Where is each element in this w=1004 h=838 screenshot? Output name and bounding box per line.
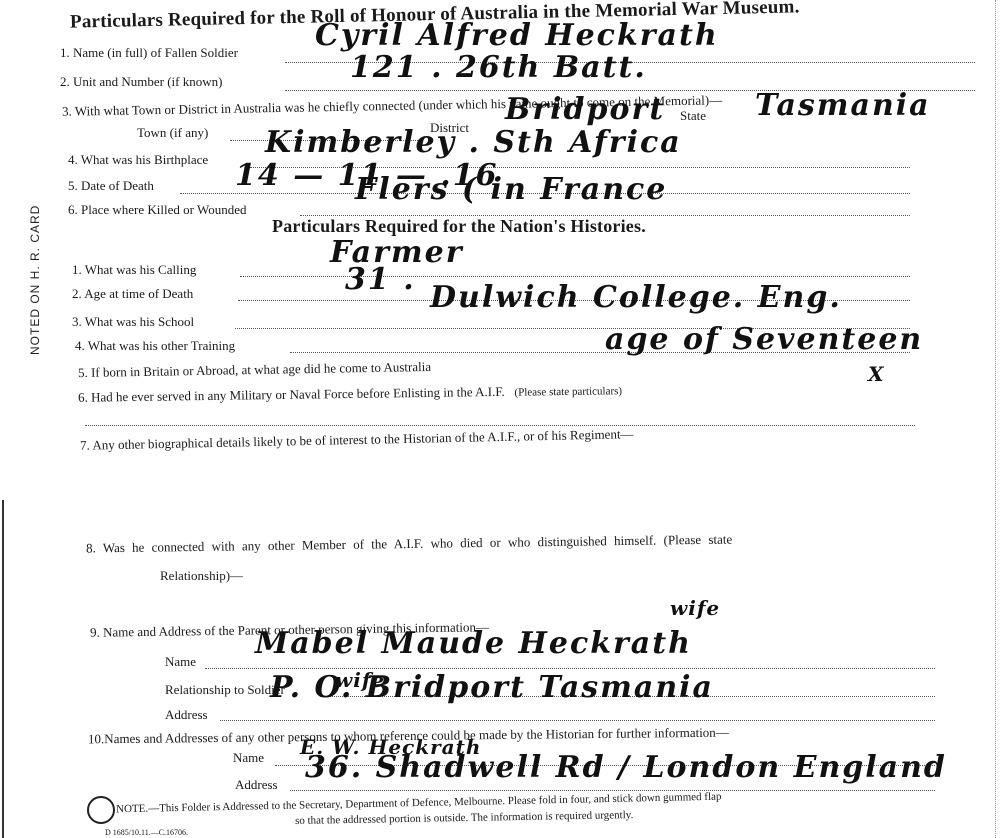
punch-hole-icon bbox=[87, 796, 115, 824]
history-1-label: 1. What was his Calling bbox=[72, 262, 196, 278]
other-address-label: Address bbox=[235, 777, 278, 793]
other-name-label: Name bbox=[233, 750, 264, 766]
field-6-label: 6. Place where Killed or Wounded bbox=[68, 202, 247, 218]
field-6-value: Flers ( in France bbox=[355, 172, 667, 207]
informant-annotation: wife bbox=[670, 596, 720, 620]
field-4-value: Kimberley . Sth Africa bbox=[265, 125, 682, 160]
history-5-label: 5. If born in Britain or Abroad, at what… bbox=[78, 359, 431, 381]
history-8-label: 8. Was he connected with any other Membe… bbox=[86, 531, 732, 556]
history-2-value: 31 . bbox=[345, 262, 416, 297]
state-value: Tasmania bbox=[755, 88, 931, 123]
history-5-value: age of Seventeen bbox=[605, 322, 923, 357]
history-6-value: X bbox=[868, 362, 885, 386]
informant-name-label: Name bbox=[165, 654, 196, 670]
history-4-label: 4. What was his other Training bbox=[75, 338, 235, 354]
informant-address-label: Address bbox=[165, 707, 208, 723]
town-label: Town (if any) bbox=[137, 125, 208, 141]
history-7-label: 7. Any other biographical details likely… bbox=[80, 426, 634, 454]
field-4-label: 4. What was his Birthplace bbox=[68, 152, 208, 168]
side-stamp: NOTED ON H. R. CARD bbox=[28, 205, 42, 355]
left-edge bbox=[2, 500, 7, 838]
field-5-label: 5. Date of Death bbox=[68, 178, 154, 194]
print-code: D 1685/10.11.—C.16706. bbox=[105, 828, 188, 837]
history-6-label: 6. Had he ever served in any Military or… bbox=[78, 382, 622, 406]
informant-name-value: Mabel Maude Heckrath bbox=[255, 626, 692, 661]
relationship-label: Relationship to Soldier bbox=[165, 682, 285, 698]
field-1-label: 1. Name (in full) of Fallen Soldier bbox=[60, 45, 238, 61]
state-label: State bbox=[680, 108, 706, 124]
perforated-edge bbox=[995, 0, 1002, 838]
footer-note-line2: so that the addressed portion is outside… bbox=[295, 809, 633, 827]
history-2-label: 2. Age at time of Death bbox=[72, 286, 193, 302]
histories-title: Particulars Required for the Nation's Hi… bbox=[272, 216, 646, 237]
field-1-value: Cyril Alfred Heckrath bbox=[315, 18, 719, 53]
history-3-value: Dulwich College. Eng. bbox=[430, 280, 842, 315]
other-address-value: 36. Shadwell Rd / London England bbox=[305, 750, 947, 785]
district-value: Bridport bbox=[505, 92, 665, 127]
informant-address-value: P. O. Bridport Tasmania bbox=[270, 670, 714, 705]
field-2-label: 2. Unit and Number (if known) bbox=[60, 74, 222, 90]
history-3-label: 3. What was his School bbox=[72, 314, 194, 330]
field-2-value: 121 . 26th Batt. bbox=[350, 50, 647, 85]
history-8-label-cont: Relationship)— bbox=[160, 568, 243, 584]
